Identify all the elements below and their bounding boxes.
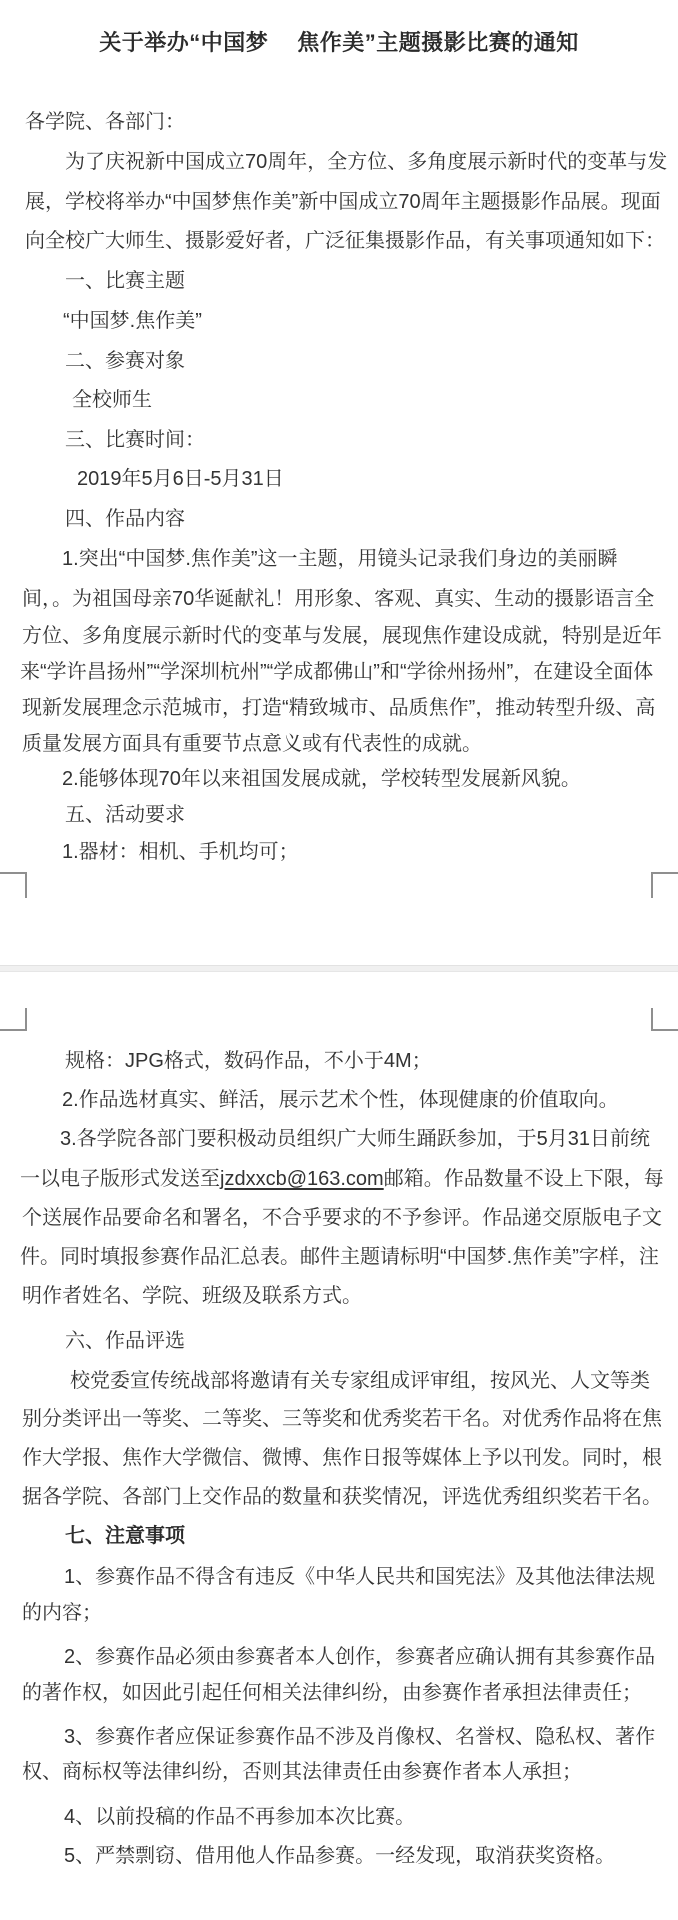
text-line: 别分类评出一等奖、二等奖、三等奖和优秀奖若干名。对优秀作品将在焦 <box>22 1408 662 1431</box>
text-line: 规格：JPG格式，数码作品，不小于4M； <box>65 1050 432 1073</box>
text-line: 向全校广大师生、摄影爱好者，广泛征集摄影作品，有关事项通知如下： <box>25 230 665 253</box>
text-line: 明作者姓名、学院、班级及联系方式。 <box>22 1285 362 1308</box>
email-link[interactable]: jzdxxcb@163.com <box>220 1168 384 1190</box>
text-line: 二、参赛对象 <box>65 350 185 373</box>
text-line: 2.作品选材真实、鲜活，展示艺术个性，体现健康的价值取向。 <box>62 1089 619 1112</box>
text-line: 2、参赛作品必须由参赛者本人创作，参赛者应确认拥有其参赛作品 <box>64 1646 655 1669</box>
page1-bottom-right-crop-mark-icon <box>651 872 678 898</box>
text-line: 质量发展方面具有重要节点意义或有代表性的成就。 <box>22 733 482 756</box>
text-line: 2019年5月6日-5月31日 <box>77 468 284 491</box>
text-line: 现新发展理念示范城市，打造“精致城市、品质焦作”，推动转型升级、高 <box>22 697 655 720</box>
text-line: 据各学院、各部门上交作品的数量和获奖情况，评选优秀组织奖若干名。 <box>22 1486 662 1509</box>
text-line: 1.突出“中国梦.焦作美”这一主题，用镜头记录我们身边的美丽瞬 <box>62 548 618 571</box>
text-line: 展，学校将举办“中国梦焦作美”新中国成立70周年主题摄影作品展。现面 <box>25 191 661 214</box>
text-line: 作大学报、焦作大学微信、微博、焦作日报等媒体上予以刊发。同时，根 <box>22 1447 662 1470</box>
text-line: 六、作品评选 <box>65 1330 185 1353</box>
text-line: 的内容； <box>22 1602 102 1625</box>
text-line: 间，。为祖国母亲70华诞献礼！用形象、客观、真实、生动的摄影语言全 <box>22 588 654 611</box>
text-line: 一、比赛主题 <box>65 270 185 293</box>
text-line: 方位、多角度展示新时代的变革与发展，展现焦作建设成就，特别是近年 <box>22 625 662 648</box>
text-line: 4、以前投稿的作品不再参加本次比赛。 <box>64 1806 415 1829</box>
text-line: 的著作权，如因此引起任何相关法律纠纷，由参赛作者承担法律责任； <box>22 1682 642 1705</box>
document-title: 关于举办“中国梦 焦作美”主题摄影比赛的通知 <box>0 26 678 57</box>
text-line: 校党委宣传统战部将邀请有关专家组成评审组，按风光、人文等类 <box>70 1370 650 1393</box>
section-heading: 七、注意事项 <box>65 1525 185 1548</box>
text-line: 3.各学院各部门要积极动员组织广大师生踊跃参加，于5月31日前统 <box>60 1128 650 1151</box>
text-line: 全校师生 <box>72 389 152 412</box>
text-line: 一以电子版形式发送至jzdxxcb@163.com邮箱。作品数量不设上下限，每 <box>20 1168 664 1191</box>
text-line: 1、参赛作品不得含有违反《中华人民共和国宪法》及其他法律法规 <box>64 1566 655 1589</box>
page1-bottom-left-crop-mark-icon <box>0 872 27 898</box>
text-line: 3、参赛作者应保证参赛作品不涉及肖像权、名誉权、隐私权、著作 <box>64 1726 655 1749</box>
text-line: 三、比赛时间： <box>65 429 205 452</box>
text-segment: 邮箱。作品数量不设上下限，每 <box>384 1168 664 1190</box>
page2-top-left-crop-mark-icon <box>0 1008 27 1031</box>
text-line: 各学院、各部门： <box>25 111 185 134</box>
page2-top-right-crop-mark-icon <box>651 1008 678 1031</box>
text-segment: 一以电子版形式发送至 <box>20 1168 220 1190</box>
text-line: 个送展作品要命名和署名，不合乎要求的不予参评。作品递交原版电子文 <box>22 1207 662 1230</box>
text-line: 件。同时填报参赛作品汇总表。邮件主题请标明“中国梦.焦作美”字样，注 <box>20 1246 659 1269</box>
text-line: “中国梦.焦作美” <box>63 310 202 333</box>
text-line: 权、商标权等法律纠纷，否则其法律责任由参赛作者本人承担； <box>22 1761 582 1784</box>
text-line: 为了庆祝新中国成立70周年，全方位、多角度展示新时代的变革与发 <box>65 151 667 174</box>
text-line: 5、严禁剽窃、借用他人作品参赛。一经发现，取消获奖资格。 <box>64 1845 615 1868</box>
page-separator <box>0 965 678 972</box>
text-line: 1.器材：相机、手机均可； <box>62 841 299 864</box>
text-line: 四、作品内容 <box>65 508 185 531</box>
text-line: 五、活动要求 <box>65 804 185 827</box>
document-canvas: 关于举办“中国梦 焦作美”主题摄影比赛的通知 各学院、各部门：为了庆祝新中国成立… <box>0 0 678 1920</box>
text-line: 来“学许昌扬州”“学深圳杭州”“学成都佛山”和“学徐州扬州”，在建设全面体 <box>20 661 653 684</box>
text-line: 2.能够体现70年以来祖国发展成就，学校转型发展新风貌。 <box>62 768 581 791</box>
